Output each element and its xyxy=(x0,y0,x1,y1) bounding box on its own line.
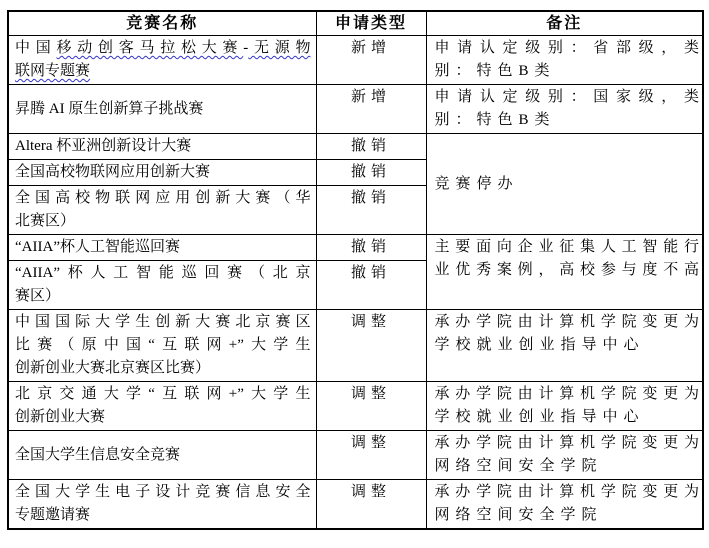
text-line: 网络空间安全学院 xyxy=(435,504,700,527)
document-page: 竞赛名称 申请类型 备注 中国移动创客马拉松大赛-无源物联网专题赛新增申请认定级… xyxy=(7,10,709,530)
text-line: 中国移动创客马拉松大赛-无源物 xyxy=(15,37,311,60)
text-segment: 别：特色B类 xyxy=(435,63,556,79)
competition-name-cell: Altera 杯亚洲创新设计大赛 xyxy=(8,134,316,160)
application-type-cell: 撤销 xyxy=(316,261,426,310)
remark-cell: 承办学院由计算机学院变更为网络空间安全学院 xyxy=(426,480,703,530)
competition-name-cell: 全国高校物联网应用创新大赛（华北赛区） xyxy=(8,186,316,235)
remark-cell: 申请认定级别：省部级，类别：特色B类 xyxy=(426,36,703,85)
text-line: 全国高校物联网应用创新大赛 xyxy=(15,161,311,184)
application-type-cell: 撤销 xyxy=(316,186,426,235)
text-segment: Altera 杯亚洲创新设计大赛 xyxy=(15,138,191,154)
text-line: 承办学院由计算机学院变更为 xyxy=(435,383,700,406)
application-type-cell: 调整 xyxy=(316,480,426,530)
text-segment: 中国 xyxy=(15,40,57,56)
application-type-cell: 新增 xyxy=(316,85,426,134)
competition-name-cell: 全国大学生信息安全竞赛 xyxy=(8,431,316,480)
text-line: 全国大学生电子设计竞赛信息安全 xyxy=(15,481,311,504)
application-type-cell: 调整 xyxy=(316,310,426,382)
text-line: 创新创业大赛北京赛区比赛） xyxy=(15,357,311,380)
competition-name-cell: 全国大学生电子设计竞赛信息安全专题邀请赛 xyxy=(8,480,316,530)
remark-cell: 承办学院由计算机学院变更为网络空间安全学院 xyxy=(426,431,703,480)
table-header-application-type: 申请类型 xyxy=(316,11,426,36)
text-segment: 业优秀案例，高校参与度不高 xyxy=(435,262,700,278)
text-line: “AIIA”杯人工智能巡回赛 xyxy=(15,236,311,259)
text-line: 业优秀案例，高校参与度不高 xyxy=(435,259,700,282)
table-row: 中国移动创客马拉松大赛-无源物联网专题赛新增申请认定级别：省部级，类别：特色B类 xyxy=(8,36,703,85)
text-line: 申请认定级别：省部级，类 xyxy=(435,37,700,60)
text-line: 比赛（原中国“互联网+”大学生 xyxy=(15,334,311,357)
text-line: 赛区） xyxy=(15,285,311,308)
table-header-row: 竞赛名称 申请类型 备注 xyxy=(8,11,703,36)
text-line: 别：特色B类 xyxy=(435,109,700,132)
text-segment: 网络空间安全学院 xyxy=(435,507,603,523)
text-segment: 竞赛停办 xyxy=(435,176,519,192)
text-segment: 申请认定级别：省部级，类 xyxy=(435,40,700,56)
application-type-cell: 新增 xyxy=(316,36,426,85)
text-line: 学校就业创业指导中心 xyxy=(435,334,700,357)
competition-name-cell: “AIIA”杯人工智能巡回赛 xyxy=(8,235,316,261)
table-row: 全国大学生电子设计竞赛信息安全专题邀请赛调整承办学院由计算机学院变更为网络空间安… xyxy=(8,480,703,530)
text-line: 别：特色B类 xyxy=(435,60,700,83)
remark-cell: 主要面向企业征集人工智能行业优秀案例，高校参与度不高 xyxy=(426,235,703,310)
competition-name-cell: 中国移动创客马拉松大赛-无源物联网专题赛 xyxy=(8,36,316,85)
text-segment: 网络空间安全学院 xyxy=(435,458,603,474)
text-segment: 全国高校物联网应用创新大赛（华 xyxy=(15,190,311,206)
text-line: 主要面向企业征集人工智能行 xyxy=(435,236,700,259)
text-segment: 专题邀请赛 xyxy=(15,507,90,523)
application-type-cell: 撤销 xyxy=(316,235,426,261)
text-segment: 主要面向企业征集人工智能行 xyxy=(435,239,700,255)
competition-name-cell: 全国高校物联网应用创新大赛 xyxy=(8,160,316,186)
spellcheck-wavy-text: 移动创客马拉松大赛 xyxy=(57,40,244,56)
text-segment: 学校就业创业指导中心 xyxy=(435,409,645,425)
text-line: 创新创业大赛 xyxy=(15,406,311,429)
competition-name-cell: 北京交通大学“互联网+”大学生创新创业大赛 xyxy=(8,382,316,431)
text-segment: 承办学院由计算机学院变更为 xyxy=(435,386,700,402)
text-segment: 申请认定级别：国家级，类 xyxy=(435,89,700,105)
table-header-competition-name: 竞赛名称 xyxy=(8,11,316,36)
remark-cell: 申请认定级别：国家级，类别：特色B类 xyxy=(426,85,703,134)
text-line: 承办学院由计算机学院变更为 xyxy=(435,311,700,334)
text-line: 竞赛停办 xyxy=(435,173,700,196)
text-line: 北京交通大学“互联网+”大学生 xyxy=(15,383,311,406)
text-line: 申请认定级别：国家级，类 xyxy=(435,86,700,109)
text-line: 网络空间安全学院 xyxy=(435,455,700,478)
text-segment: 承办学院由计算机学院变更为 xyxy=(435,435,700,451)
text-line: 北赛区） xyxy=(15,210,311,233)
text-segment: 北赛区） xyxy=(15,213,75,229)
text-segment: 全国大学生信息安全竞赛 xyxy=(15,447,180,463)
text-line: 承办学院由计算机学院变更为 xyxy=(435,481,700,504)
text-line: 昇腾 AI 原生创新算子挑战赛 xyxy=(15,98,311,121)
text-segment: 比赛（原中国“互联网+”大学生 xyxy=(15,337,311,353)
table-row: 竞赛名称 申请类型 备注 xyxy=(8,11,703,36)
spellcheck-wavy-text: 联网专题赛 xyxy=(15,63,90,79)
table-row: “AIIA”杯人工智能巡回赛撤销主要面向企业征集人工智能行业优秀案例，高校参与度… xyxy=(8,235,703,261)
text-segment: 全国高校物联网应用创新大赛 xyxy=(15,164,210,180)
text-line: 中国国际大学生创新大赛北京赛区 xyxy=(15,311,311,334)
table-row: 中国国际大学生创新大赛北京赛区比赛（原中国“互联网+”大学生创新创业大赛北京赛区… xyxy=(8,310,703,382)
text-segment: 昇腾 AI 原生创新算子挑战赛 xyxy=(15,101,203,117)
text-segment: 全国大学生电子设计竞赛信息安全 xyxy=(15,484,311,500)
table-body: 中国移动创客马拉松大赛-无源物联网专题赛新增申请认定级别：省部级，类别：特色B类… xyxy=(8,36,703,530)
text-segment: 别：特色B类 xyxy=(435,112,556,128)
text-line: 全国大学生信息安全竞赛 xyxy=(15,444,311,467)
text-line: 联网专题赛 xyxy=(15,60,311,83)
text-line: 专题邀请赛 xyxy=(15,504,311,527)
text-line: 全国高校物联网应用创新大赛（华 xyxy=(15,187,311,210)
text-segment: 承办学院由计算机学院变更为 xyxy=(435,314,700,330)
spellcheck-wavy-text: 无源物 xyxy=(248,40,310,56)
remark-cell: 竞赛停办 xyxy=(426,134,703,235)
text-segment: 学校就业创业指导中心 xyxy=(435,337,645,353)
table-row: 昇腾 AI 原生创新算子挑战赛新增申请认定级别：国家级，类别：特色B类 xyxy=(8,85,703,134)
text-line: 学校就业创业指导中心 xyxy=(435,406,700,429)
application-type-cell: 调整 xyxy=(316,382,426,431)
remark-cell: 承办学院由计算机学院变更为学校就业创业指导中心 xyxy=(426,382,703,431)
competition-name-cell: 昇腾 AI 原生创新算子挑战赛 xyxy=(8,85,316,134)
table-row: 北京交通大学“互联网+”大学生创新创业大赛调整承办学院由计算机学院变更为学校就业… xyxy=(8,382,703,431)
text-segment: “AIIA”杯人工智能巡回赛（北京 xyxy=(15,265,311,281)
table-row: 全国大学生信息安全竞赛调整承办学院由计算机学院变更为网络空间安全学院 xyxy=(8,431,703,480)
competition-name-cell: 中国国际大学生创新大赛北京赛区比赛（原中国“互联网+”大学生创新创业大赛北京赛区… xyxy=(8,310,316,382)
remark-cell: 承办学院由计算机学院变更为学校就业创业指导中心 xyxy=(426,310,703,382)
table-row: Altera 杯亚洲创新设计大赛撤销竞赛停办 xyxy=(8,134,703,160)
text-line: 承办学院由计算机学院变更为 xyxy=(435,432,700,455)
competitions-table: 竞赛名称 申请类型 备注 中国移动创客马拉松大赛-无源物联网专题赛新增申请认定级… xyxy=(7,10,704,530)
text-segment: 赛区） xyxy=(15,288,60,304)
text-segment: “AIIA”杯人工智能巡回赛 xyxy=(15,239,180,255)
text-line: “AIIA”杯人工智能巡回赛（北京 xyxy=(15,262,311,285)
text-segment: 创新创业大赛北京赛区比赛） xyxy=(15,360,210,376)
application-type-cell: 撤销 xyxy=(316,134,426,160)
table-header-remark: 备注 xyxy=(426,11,703,36)
competition-name-cell: “AIIA”杯人工智能巡回赛（北京赛区） xyxy=(8,261,316,310)
text-segment: 北京交通大学“互联网+”大学生 xyxy=(15,386,311,402)
text-segment: 中国国际大学生创新大赛北京赛区 xyxy=(15,314,311,330)
application-type-cell: 撤销 xyxy=(316,160,426,186)
text-segment: 承办学院由计算机学院变更为 xyxy=(435,484,700,500)
text-line: Altera 杯亚洲创新设计大赛 xyxy=(15,135,311,158)
application-type-cell: 调整 xyxy=(316,431,426,480)
text-segment: 创新创业大赛 xyxy=(15,409,105,425)
